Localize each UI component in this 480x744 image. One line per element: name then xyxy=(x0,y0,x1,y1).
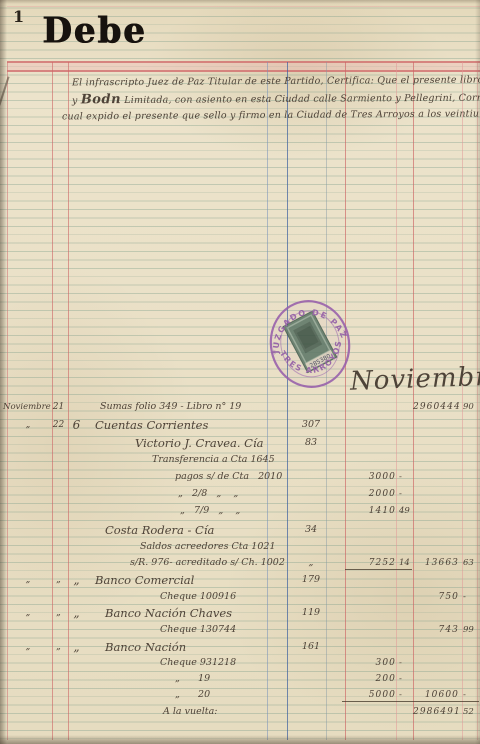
entry-partial-amount: 7252 xyxy=(344,556,396,570)
entry-description: Banco Comercial xyxy=(95,573,194,587)
ledger-row: Victorio J. Cravea. Cía83 xyxy=(0,436,480,450)
entry-partial-amount: 2000 xyxy=(344,487,396,501)
entry-cents: - xyxy=(463,688,479,702)
entry-folio: 83 xyxy=(297,436,325,450)
entry-folio: 307 xyxy=(297,418,325,432)
certification-line-3: cual expido el presente que sello y firm… xyxy=(62,107,466,125)
subtotal-rule xyxy=(345,569,412,570)
ledger-row: Costa Rodera - Cía34 xyxy=(0,523,480,537)
entry-description: Transferencia a Cta 1645 xyxy=(152,453,275,467)
entry-description: Sumas folio 349 - Libro n° 19 xyxy=(100,400,241,414)
certification-line-2-rest: Limitada, con asiento en esta Ciudad cal… xyxy=(121,92,480,106)
entry-month: „ xyxy=(22,418,34,432)
total-rule xyxy=(342,701,479,702)
ledger-page: 1 Debe El infrascripto Juez de Paz Titul… xyxy=(0,0,480,744)
ledger-row: „ 19200- xyxy=(0,672,480,686)
entry-partial-amount: 200 xyxy=(344,672,396,686)
page-number: 1 xyxy=(13,7,24,26)
entry-partial-cents: 14 xyxy=(399,556,413,570)
pen-flourish xyxy=(0,76,10,105)
entry-partial-cents: - xyxy=(399,487,413,501)
entry-description: A la vuelta: xyxy=(163,705,217,719)
certification-line-1: El infrascripto Juez de Paz Titular de e… xyxy=(72,73,476,91)
entry-post: 6 xyxy=(69,418,84,432)
ledger-row: Saldos acreedores Cta 1021 xyxy=(0,540,480,554)
ledger-row: Cheque 13074474399 xyxy=(0,623,480,637)
entry-day: „ xyxy=(50,573,67,587)
entry-description: Costa Rodera - Cía xyxy=(105,523,214,537)
entry-description: Saldos acreedores Cta 1021 xyxy=(140,540,275,554)
entry-description: „ 19 xyxy=(175,672,210,686)
entry-cents: - xyxy=(463,590,479,604)
entry-amount: 10600 xyxy=(413,688,459,702)
entry-partial-amount: 5000 xyxy=(344,688,396,702)
entry-post: „ xyxy=(69,606,84,620)
entry-folio: 119 xyxy=(297,606,325,620)
entry-amount: 750 xyxy=(413,590,459,604)
entry-day: „ xyxy=(50,640,67,654)
stamp-ring: JUZGADO DE PAZ TRES ARROYOS ✳ ✳ xyxy=(262,294,358,395)
ledger-row: „ 7/9 „ „141049 xyxy=(0,504,480,518)
entry-amount: 2960444 xyxy=(413,400,459,414)
company-name: Bodn xyxy=(81,92,121,107)
entry-cents: 63 xyxy=(463,556,479,570)
page-title: Debe xyxy=(42,10,147,52)
entry-description: „ 2/8 „ „ xyxy=(178,487,238,501)
entry-cents: 99 xyxy=(463,623,479,637)
entry-description: Cheque 130744 xyxy=(160,623,236,637)
ledger-row: Transferencia a Cta 1645 xyxy=(0,453,480,467)
entry-cents: 52 xyxy=(463,705,479,719)
entry-amount: 2986491 xyxy=(413,705,459,719)
entry-partial-cents: - xyxy=(399,688,413,702)
entry-description: pagos s/ de Cta 2010 xyxy=(175,470,282,484)
notary-stamp: 285380 JUZGADO DE PAZ TRES ARROYOS ✳ ✳ xyxy=(252,290,368,402)
ledger-row: Cheque 100916750- xyxy=(0,590,480,604)
entry-description: „ 7/9 „ „ xyxy=(180,504,240,518)
ledger-row: s/R. 976- acreditado s/ Ch. 1002„7252141… xyxy=(0,556,480,570)
month-heading: Noviembre xyxy=(350,361,480,396)
ledger-row: „ 2/8 „ „2000- xyxy=(0,487,480,501)
entry-amount: 743 xyxy=(413,623,459,637)
entry-day: 22 xyxy=(50,418,67,432)
ledger-row: „„„Banco Nación Chaves119 xyxy=(0,606,480,620)
entry-month: „ xyxy=(22,606,34,620)
ledger-row: „„„Banco Comercial179 xyxy=(0,573,480,587)
entry-folio: 179 xyxy=(297,573,325,587)
entry-post: „ xyxy=(69,640,84,654)
entry-description: Cheque 931218 xyxy=(160,656,236,670)
entry-day: 21 xyxy=(50,400,67,414)
ledger-row: „226Cuentas Corrientes307 xyxy=(0,418,480,432)
entry-amount: 13663 xyxy=(413,556,459,570)
entry-folio: 161 xyxy=(297,640,325,654)
entry-month: Noviembre xyxy=(3,400,49,414)
ledger-row: Cheque 931218300- xyxy=(0,656,480,670)
entry-partial-amount: 300 xyxy=(344,656,396,670)
top-rule xyxy=(7,6,480,7)
ledger-row: „ 205000-10600- xyxy=(0,688,480,702)
entry-description: s/R. 976- acreditado s/ Ch. 1002 xyxy=(130,556,285,570)
header-rule-band xyxy=(7,61,480,72)
ledger-row: pagos s/ de Cta 20103000- xyxy=(0,470,480,484)
entry-partial-cents: - xyxy=(399,656,413,670)
entry-folio: 34 xyxy=(297,523,325,537)
entry-month: „ xyxy=(22,573,34,587)
certification-line-2: y Bodn Limitada, con asiento en esta Ciu… xyxy=(72,90,476,109)
certification-line-2-prefix: y xyxy=(72,95,81,106)
entry-partial-cents: 49 xyxy=(399,504,413,518)
entry-day: „ xyxy=(50,606,67,620)
entry-description: „ 20 xyxy=(175,688,210,702)
entry-description: Banco Nación xyxy=(105,640,186,654)
entry-post: „ xyxy=(69,573,84,587)
entry-cents: 90 xyxy=(463,400,479,414)
entry-description: Victorio J. Cravea. Cía xyxy=(135,436,264,450)
entry-description: Banco Nación Chaves xyxy=(105,606,232,620)
stamp-star-right: ✳ xyxy=(342,328,350,337)
entry-description: Cheque 100916 xyxy=(160,590,236,604)
entry-folio: „ xyxy=(297,556,325,570)
ledger-row: A la vuelta:298649152 xyxy=(0,705,480,719)
entry-description: Cuentas Corrientes xyxy=(95,418,208,432)
entry-month: „ xyxy=(22,640,34,654)
entry-partial-amount: 3000 xyxy=(344,470,396,484)
ledger-row: „„„Banco Nación161 xyxy=(0,640,480,654)
entry-partial-amount: 1410 xyxy=(344,504,396,518)
ledger-row: Noviembre21Sumas folio 349 - Libro n° 19… xyxy=(0,400,480,414)
entry-partial-cents: - xyxy=(399,672,413,686)
entry-partial-cents: - xyxy=(399,470,413,484)
